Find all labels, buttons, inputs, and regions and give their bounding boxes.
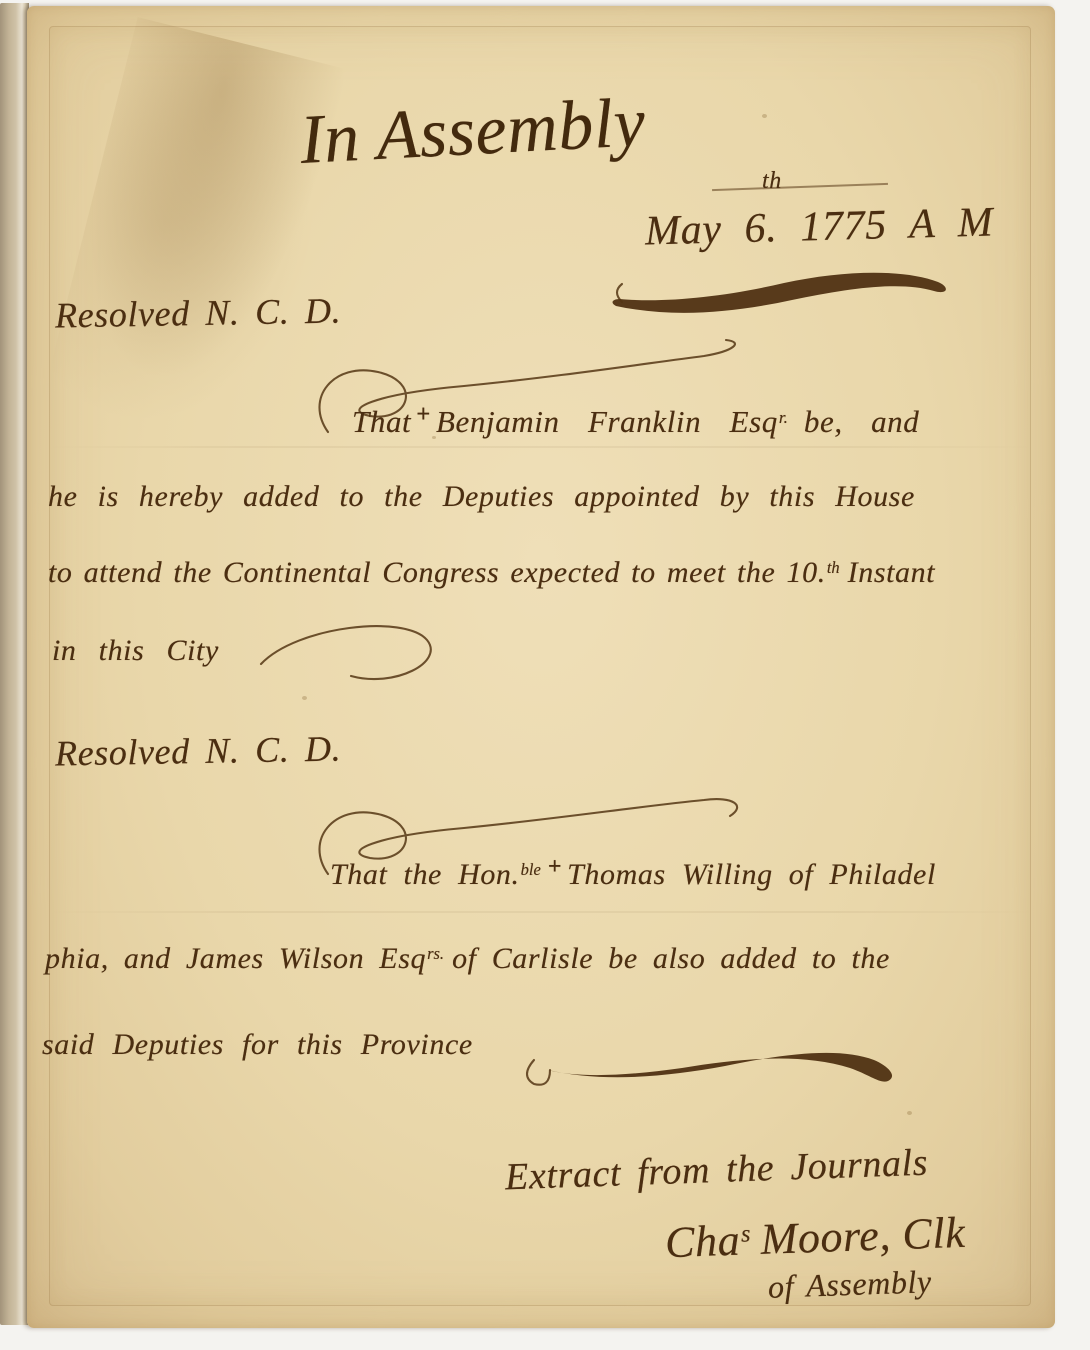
p2-line2-pre: phia, and James Wilson Esq <box>45 942 426 975</box>
resolved-clause-1: Resolved N. C. D. <box>55 290 342 337</box>
date-superscript: th <box>762 168 782 195</box>
p1-name: Benjamin Franklin Esq <box>436 404 778 439</box>
signature-pre: Cha <box>664 1216 741 1268</box>
signature-post: Moore, Clk <box>760 1208 966 1264</box>
p1-10th-superscript: th <box>827 558 840 577</box>
paragraph2-line3: said Deputies for this Province <box>42 1028 473 1062</box>
binding-edge <box>0 3 29 1325</box>
p2-lead: That the Hon. <box>330 858 520 891</box>
paragraph1-line3: to attend the Continental Congress expec… <box>48 556 935 590</box>
dateline: May 6. 1775 A M <box>644 198 993 255</box>
p2-esq-superscript: rs. <box>427 944 444 963</box>
signature-superscript: s <box>741 1220 751 1247</box>
paper-crease <box>47 446 1035 448</box>
insertion-mark: + <box>416 401 431 428</box>
p1-lead: That <box>352 404 411 439</box>
foxing-spot <box>302 696 307 700</box>
p1-esq-superscript: r. <box>779 408 788 427</box>
paragraph2-line1: That the Hon.ble+Thomas Willing of Phila… <box>330 858 936 892</box>
foxing-spot <box>762 114 767 118</box>
paragraph1-line1: That+Benjamin Franklin Esqr.be, and <box>352 404 919 440</box>
clerk-signature: ChasMoore, Clk <box>664 1207 966 1268</box>
p2-line2-post: of Carlisle be also added to the <box>452 942 890 975</box>
resolved-clause-2: Resolved N. C. D. <box>55 728 342 775</box>
signature-line2: of Assembly <box>767 1263 932 1306</box>
paper-crease <box>47 911 1035 913</box>
p2-hon-superscript: ble <box>521 860 541 879</box>
foxing-spot <box>907 1111 912 1115</box>
insertion-mark: + <box>548 854 562 880</box>
p1-line3-post: Instant <box>848 556 936 589</box>
paragraph2-line2: phia, and James Wilson Esqrs.of Carlisle… <box>45 942 890 976</box>
paragraph1-line4: in this City <box>52 634 219 668</box>
p1-line3-pre: to attend the Continental Congress expec… <box>48 556 826 589</box>
paragraph1-line2: he is hereby added to the Deputies appoi… <box>48 480 915 514</box>
p1-line1-tail: be, and <box>804 404 919 439</box>
scanned-document-photo: In Assembly th May 6. 1775 A M Resolved … <box>0 0 1090 1350</box>
paper-stain <box>34 17 381 495</box>
p2-name: Thomas Willing of Philadel <box>567 858 936 891</box>
